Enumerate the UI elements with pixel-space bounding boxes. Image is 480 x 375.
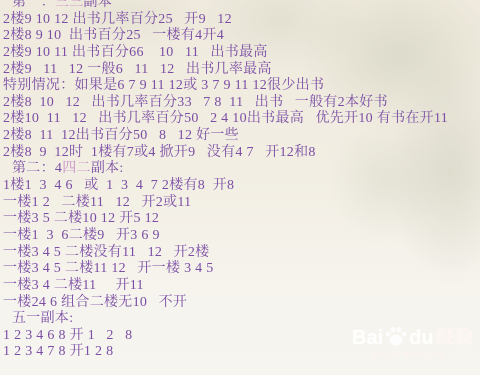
text-line: 一楼3 5 二楼10 12 开5 12	[3, 211, 479, 228]
text-line: 2楼10 11 12 出书几率百分50 2 4 10出书最高 优先开10 有书在…	[3, 111, 479, 128]
highlighted-text: 三三	[55, 0, 84, 10]
text-line: 2楼8 9 10 出书百分25 一楼有4开4	[3, 28, 479, 45]
text-line: 1 2 3 4 6 8 开 1 2 8	[3, 328, 479, 345]
section-heading: 第二：4四二副本:	[3, 161, 479, 178]
text-segment: 1 2 3 4 6 8 开 1 2 8	[3, 328, 132, 343]
text-segment: 一楼3 4 二楼11 开11	[3, 278, 144, 293]
text-segment: 一楼3 5 二楼10 12 开5 12	[3, 211, 159, 226]
text-segment: 一楼3 4 5 二楼没有11 12 开2楼	[3, 245, 209, 260]
text-line: 2楼9 10 11 出书百分66 10 11 出书最高	[3, 45, 479, 62]
text-line: 1楼1 3 4 6 或 1 3 4 7 2楼有8 开8	[3, 178, 479, 195]
text-line: 2楼9 11 12 一般6 11 12 出书几率最高	[3, 62, 479, 79]
text-segment: 2楼8 9 10 出书百分25 一楼有4开4	[3, 28, 224, 43]
text-segment: 一楼1 3 6二楼9 开3 6 9	[3, 228, 160, 243]
section-heading: 五一副本:	[3, 311, 479, 328]
text-line: 一楼1 2 二楼11 12 开2或11	[3, 195, 479, 212]
text-line: 1 2 3 4 7 8 开1 2 8	[3, 344, 479, 361]
text-segment: 一楼1 2 二楼11 12 开2或11	[3, 195, 191, 210]
text-segment: 第一：	[12, 0, 55, 10]
text-line: 2楼9 10 12 出书几率百分25 开9 12	[3, 12, 479, 29]
text-line: 2楼8 10 12 出书几率百分33 7 8 11 出书 一般有2本好书	[3, 95, 479, 112]
text-line: 特别情况：如果是6 7 9 11 12或 3 7 9 11 12很少出书	[3, 78, 479, 95]
text-line: 一楼3 4 5 二楼11 12 开一楼 3 4 5	[3, 261, 479, 278]
text-segment: 副本	[84, 0, 113, 10]
text-segment: 副本:	[91, 161, 124, 176]
text-line: 一楼24 6 组合二楼无10 不开	[3, 295, 479, 312]
document-lines: 第一：三三副本2楼9 10 12 出书几率百分25 开9 122楼8 9 10 …	[3, 0, 479, 361]
text-segment: 1楼1 3 4 6 或 1 3 4 7 2楼有8 开8	[3, 178, 234, 193]
text-segment: 2楼9 10 12 出书几率百分25 开9 12	[3, 12, 232, 27]
text-segment: 一楼3 4 5 二楼11 12 开一楼 3 4 5	[3, 261, 214, 276]
text-segment: 五一副本:	[12, 311, 73, 326]
text-segment: 2楼10 11 12 出书几率百分50 2 4 10出书最高 优先开10 有书在…	[3, 111, 448, 126]
text-line: 2楼8 9 12时 1楼有7或4 掀开9 没有4 7 开12和8	[3, 145, 479, 162]
text-segment: 2楼9 11 12 一般6 11 12 出书几率最高	[3, 62, 272, 77]
text-line: 一楼3 4 二楼11 开11	[3, 278, 479, 295]
text-segment: 2楼8 9 12时 1楼有7或4 掀开9 没有4 7 开12和8	[3, 145, 316, 160]
text-segment: 一楼24 6 组合二楼无10 不开	[3, 295, 187, 310]
text-line: 一楼3 4 5 二楼没有11 12 开2楼	[3, 245, 479, 262]
text-segment: 2楼8 11 12出书百分50 8 12 好一些	[3, 128, 239, 143]
text-segment: 特别情况：如果是6 7 9 11 12或 3 7 9 11 12很少出书	[3, 78, 324, 93]
text-segment: 1 2 3 4 7 8 开1 2 8	[3, 344, 113, 359]
section-heading: 第一：三三副本	[3, 0, 479, 12]
highlighted-text: 四二	[62, 161, 91, 176]
text-line: 2楼8 11 12出书百分50 8 12 好一些	[3, 128, 479, 145]
text-line: 一楼1 3 6二楼9 开3 6 9	[3, 228, 479, 245]
text-segment: 第二：4	[12, 161, 62, 176]
text-segment: 2楼9 10 11 出书百分66 10 11 出书最高	[3, 45, 268, 60]
text-segment: 2楼8 10 12 出书几率百分33 7 8 11 出书 一般有2本好书	[3, 95, 388, 110]
